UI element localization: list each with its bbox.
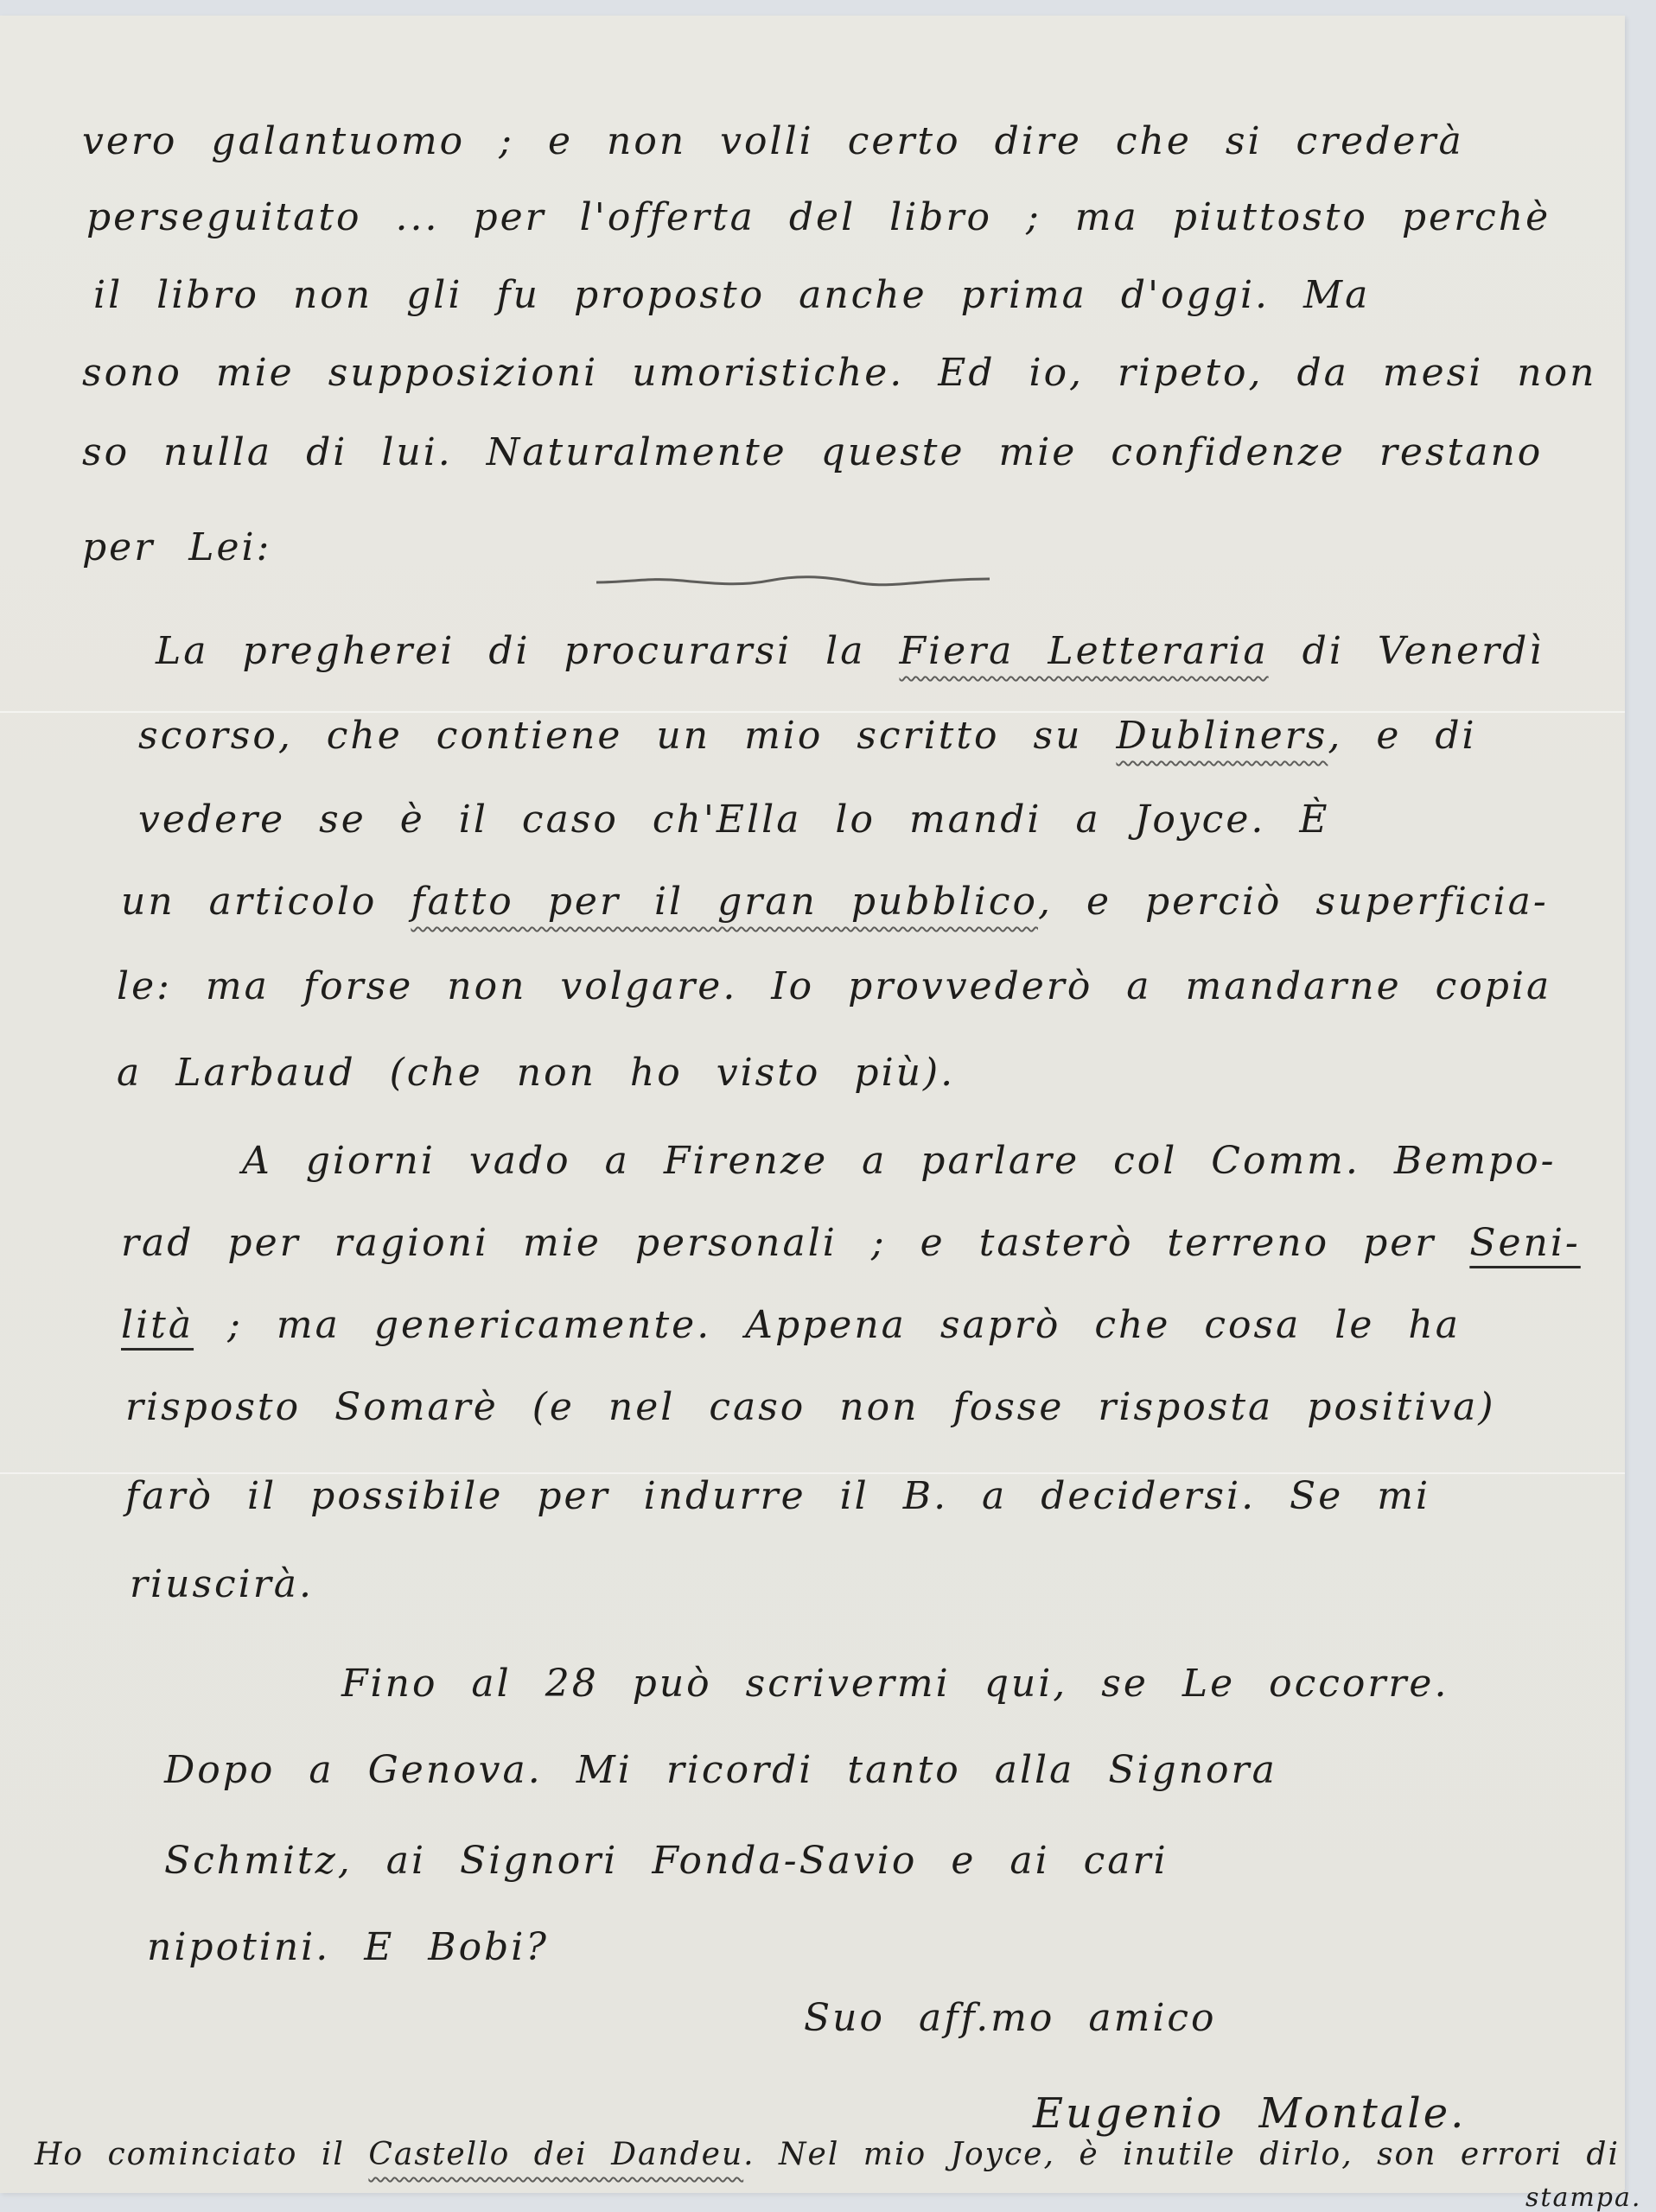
letter-line: farò il possibile per indurre il B. a de… — [125, 1474, 1430, 1518]
letter-line: so nulla di lui. Naturalmente queste mie… — [82, 430, 1543, 474]
letter-line: Dopo a Genova. Mi ricordi tanto alla Sig… — [164, 1748, 1277, 1792]
underlined-title: Seni- — [1469, 1221, 1580, 1265]
letter-line: vedere se è il caso ch'Ella lo mandi a J… — [138, 798, 1329, 842]
postscript: Ho cominciato il Castello dei Dandeu. Ne… — [35, 2137, 1620, 2172]
letter-line: vero galantuomo ; e non volli certo dire… — [82, 119, 1464, 163]
letter-line: il libro non gli fu proposto anche prima… — [93, 273, 1370, 317]
letter-line: sono mie supposizioni umoristiche. Ed io… — [82, 351, 1596, 395]
letter-line: rad per ragioni mie personali ; e taster… — [121, 1221, 1581, 1265]
letter-line: le: ma forse non volgare. Io provvederò … — [117, 964, 1551, 1008]
letter-line: risposto Somarè (e nel caso non fosse ri… — [125, 1385, 1496, 1429]
letter-line: Schmitz, ai Signori Fonda-Savio e ai car… — [164, 1839, 1169, 1883]
letter-line: riuscirà. — [130, 1562, 314, 1606]
letter-sheet: vero galantuomo ; e non volli certo dire… — [0, 16, 1625, 2193]
letter-line: lità ; ma genericamente. Appena saprò ch… — [121, 1303, 1461, 1347]
underlined-phrase: fatto per il gran pubblico — [411, 880, 1038, 924]
wavy-separator — [596, 575, 990, 588]
letter-line: nipotini. E Bobi? — [147, 1925, 549, 1969]
underlined-title: Fiera Letteraria — [900, 629, 1269, 673]
postscript-last-word: stampa. — [1525, 2183, 1641, 2212]
valediction: Suo aff.mo amico — [804, 1996, 1217, 2040]
letter-line: per Lei: — [82, 525, 271, 569]
letter-line: A giorni vado a Firenze a parlare col Co… — [242, 1139, 1557, 1183]
letter-line: un articolo fatto per il gran pubblico, … — [121, 880, 1549, 924]
letter-line: Fino al 28 può scrivermi qui, se Le occo… — [341, 1662, 1449, 1706]
signature: Eugenio Montale. — [1033, 2089, 1466, 2138]
letter-line: La pregherei di procurarsi la Fiera Lett… — [156, 629, 1544, 673]
underlined-title: Dubliners — [1116, 714, 1328, 758]
underlined-title: lità — [121, 1303, 194, 1347]
letter-line: scorso, che contiene un mio scritto su D… — [138, 714, 1477, 758]
underlined-title: Castello dei Dandeu — [368, 2137, 743, 2172]
letter-line: a Larbaud (che non ho visto più). — [117, 1051, 955, 1095]
letter-line: perseguitato ... per l'offerta del libro… — [86, 195, 1551, 239]
